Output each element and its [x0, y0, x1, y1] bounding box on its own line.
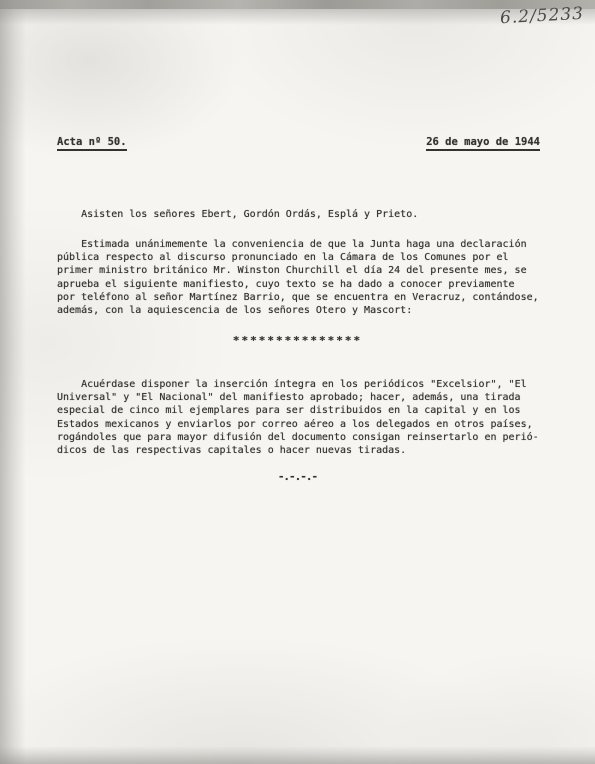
publication-order-paragraph: Acuérdase disponer la inserción íntegra … — [57, 378, 549, 457]
asterisk-separator: *************** — [0, 334, 595, 347]
attendance-line: Asisten los señores Ebert, Gordón Ordás,… — [57, 208, 549, 221]
document-header: Acta nº 50. 26 de mayo de 1944 — [57, 136, 540, 151]
scan-left-edge — [0, 0, 26, 764]
end-rule: -.-.-.- — [0, 470, 595, 483]
acta-number-label: Acta nº 50. — [57, 136, 127, 151]
scan-bottom-edge — [0, 746, 595, 764]
scanned-document-page: 6.2/5233 Acta nº 50. 26 de mayo de 1944 … — [0, 0, 595, 764]
manifesto-approval-paragraph: Estimada unánimemente la conveniencia de… — [57, 238, 549, 317]
acta-date: 26 de mayo de 1944 — [426, 136, 540, 151]
